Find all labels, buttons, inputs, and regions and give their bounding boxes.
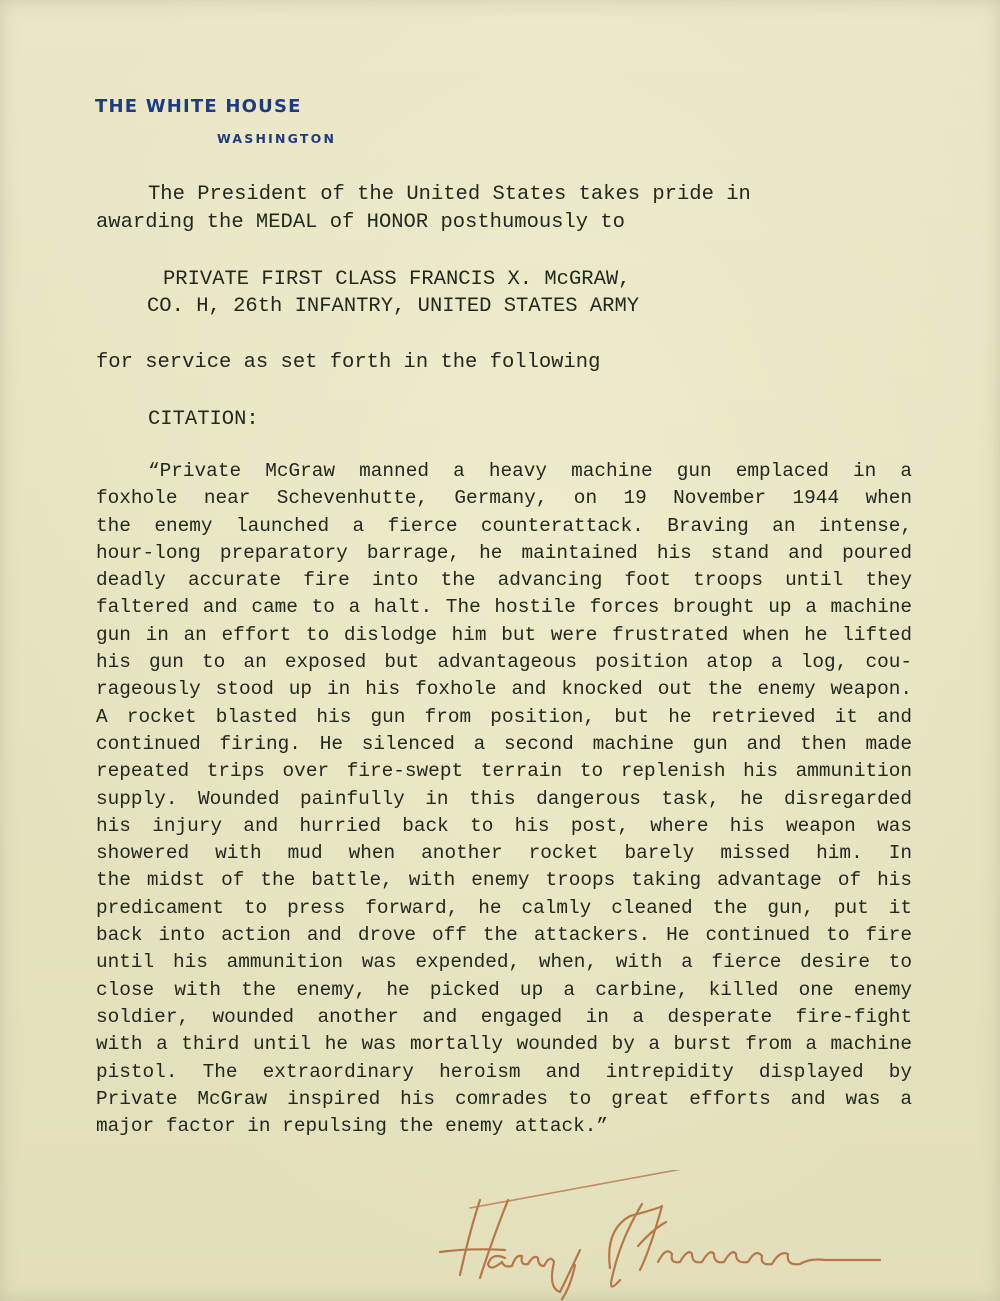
citation-line: repeated trips over fire-swept terrain t… [96, 758, 912, 785]
citation-line: predicament to press forward, he calmly … [96, 895, 912, 922]
citation-line: close with the enemy, he picked up a car… [96, 977, 912, 1004]
citation-line: back into action and drove off the attac… [96, 922, 912, 949]
citation-line: until his ammunition was expended, when,… [96, 949, 912, 976]
citation-line: the midst of the battle, with enemy troo… [96, 867, 912, 894]
citation-line: the enemy launched a fierce counterattac… [96, 513, 912, 540]
citation-line: A rocket blasted his gun from position, … [96, 704, 912, 731]
document-page: THE WHITE HOUSE WASHINGTON The President… [0, 0, 1000, 1301]
service-line: for service as set forth in the followin… [96, 351, 600, 374]
citation-line: “Private McGraw manned a heavy machine g… [96, 458, 912, 485]
citation-body: “Private McGraw manned a heavy machine g… [96, 458, 912, 1140]
citation-line: major factor in repulsing the enemy atta… [96, 1113, 912, 1140]
citation-line: gun in an effort to dislodge him but wer… [96, 622, 912, 649]
intro-line-1: The President of the United States takes… [148, 183, 751, 206]
intro-line-2: awarding the MEDAL of HONOR posthumously… [96, 211, 625, 234]
citation-line: Private McGraw inspired his comrades to … [96, 1086, 912, 1113]
citation-line: foxhole near Schevenhutte, Germany, on 1… [96, 485, 912, 512]
citation-line: soldier, wounded another and engaged in … [96, 1004, 912, 1031]
letterhead-title: THE WHITE HOUSE [95, 96, 302, 117]
citation-line: continued firing. He silenced a second m… [96, 731, 912, 758]
citation-line: hour-long preparatory barrage, he mainta… [96, 540, 912, 567]
letterhead-subtitle: WASHINGTON [217, 131, 336, 146]
citation-line: faltered and came to a halt. The hostile… [96, 594, 912, 621]
citation-line: rageously stood up in his foxhole and kn… [96, 676, 912, 703]
citation-line: pistol. The extraordinary heroism and in… [96, 1059, 912, 1086]
citation-line: with a third until he was mortally wound… [96, 1031, 912, 1058]
signature [430, 1170, 890, 1300]
citation-line: his injury and hurried back to his post,… [96, 813, 912, 840]
citation-line: deadly accurate fire into the advancing … [96, 567, 912, 594]
citation-label: CITATION: [148, 408, 259, 431]
citation-line: showered with mud when another rocket ba… [96, 840, 912, 867]
citation-line: his gun to an exposed but advantageous p… [96, 649, 912, 676]
recipient-unit: CO. H, 26th INFANTRY, UNITED STATES ARMY [147, 295, 639, 318]
signature-icon [430, 1170, 890, 1300]
citation-line: supply. Wounded painfully in this danger… [96, 786, 912, 813]
recipient-name: PRIVATE FIRST CLASS FRANCIS X. McGRAW, [163, 268, 630, 291]
